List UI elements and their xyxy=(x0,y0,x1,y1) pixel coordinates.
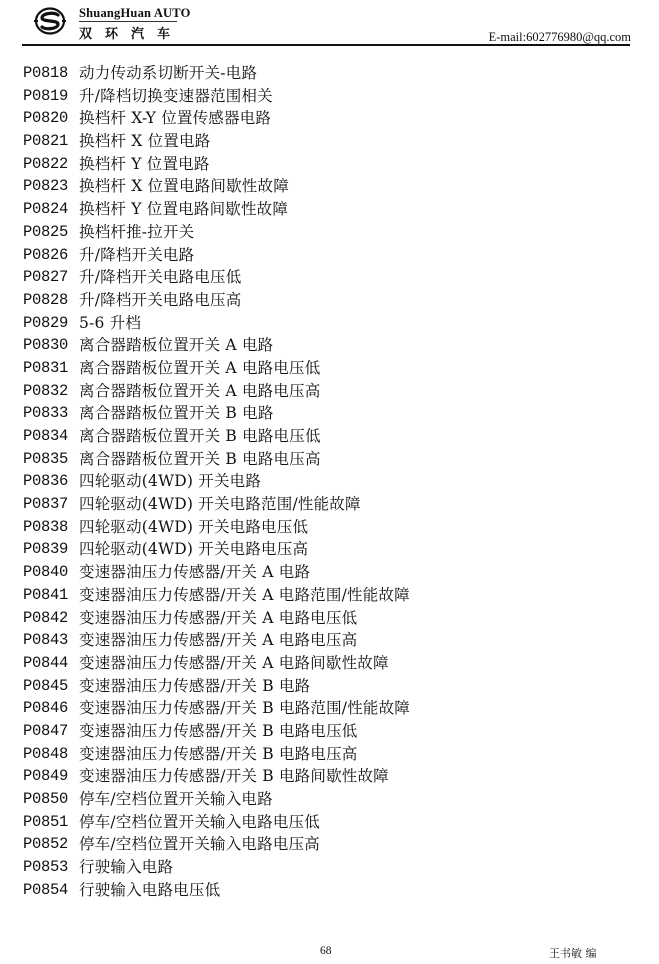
fault-description: 换档杆 X-Y 位置传感器电路 xyxy=(79,107,271,130)
fault-description: 换档杆 X 位置电路 xyxy=(79,130,210,153)
fault-code: P0854 xyxy=(23,879,79,902)
fault-description: 离合器踏板位置开关 A 电路电压低 xyxy=(79,357,320,380)
contact-email: E-mail:602776980@qq.com xyxy=(489,30,631,45)
fault-description: 行驶输入电路电压低 xyxy=(79,879,220,902)
fault-code-row: P0820换档杆 X-Y 位置传感器电路 xyxy=(23,107,643,130)
fault-description: 变速器油压力传感器/开关 A 电路电压高 xyxy=(79,629,357,652)
fault-code: P0822 xyxy=(23,153,79,176)
brand-divider xyxy=(79,21,177,22)
fault-code-row: P0847变速器油压力传感器/开关 B 电路电压低 xyxy=(23,720,643,743)
fault-code-row: P0828升/降档开关电路电压高 xyxy=(23,289,643,312)
fault-code: P0827 xyxy=(23,266,79,289)
fault-description: 换档杆 X 位置电路间歇性故障 xyxy=(79,175,289,198)
fault-code-row: P0837四轮驱动(4WD) 开关电路范围/性能故障 xyxy=(23,493,643,516)
fault-code: P0830 xyxy=(23,334,79,357)
fault-description: 四轮驱动(4WD) 开关电路电压高 xyxy=(79,538,308,561)
fault-code-row: P0839四轮驱动(4WD) 开关电路电压高 xyxy=(23,538,643,561)
fault-code: P0826 xyxy=(23,244,79,267)
fault-description: 升/降档开关电路电压低 xyxy=(79,266,241,289)
fault-code-row: P0831离合器踏板位置开关 A 电路电压低 xyxy=(23,357,643,380)
fault-description: 变速器油压力传感器/开关 A 电路间歇性故障 xyxy=(79,652,389,675)
fault-code-row: P0818动力传动系切断开关-电路 xyxy=(23,62,643,85)
fault-description: 变速器油压力传感器/开关 A 电路范围/性能故障 xyxy=(79,584,410,607)
fault-code: P0837 xyxy=(23,493,79,516)
fault-code-row: P0823换档杆 X 位置电路间歇性故障 xyxy=(23,175,643,198)
fault-code: P0832 xyxy=(23,380,79,403)
fault-code-row: P0834离合器踏板位置开关 B 电路电压低 xyxy=(23,425,643,448)
fault-code: P0850 xyxy=(23,788,79,811)
fault-code: P0824 xyxy=(23,198,79,221)
fault-code: P0834 xyxy=(23,425,79,448)
fault-code: P0847 xyxy=(23,720,79,743)
fault-description: 离合器踏板位置开关 A 电路 xyxy=(79,334,273,357)
fault-description: 行驶输入电路 xyxy=(79,856,173,879)
fault-code: P0835 xyxy=(23,448,79,471)
fault-description: 5-6 升档 xyxy=(79,312,141,335)
fault-description: 换档杆 Y 位置电路 xyxy=(79,153,210,176)
fault-code: P0843 xyxy=(23,629,79,652)
fault-description: 离合器踏板位置开关 B 电路 xyxy=(79,402,274,425)
header-divider xyxy=(22,44,630,46)
fault-code: P0840 xyxy=(23,561,79,584)
fault-code-row: P0819升/降档切换变速器范围相关 xyxy=(23,85,643,108)
fault-code-row: P0830离合器踏板位置开关 A 电路 xyxy=(23,334,643,357)
fault-code: P0828 xyxy=(23,289,79,312)
fault-code: P0842 xyxy=(23,607,79,630)
fault-description: 换档杆 Y 位置电路间歇性故障 xyxy=(79,198,288,221)
fault-code: P0836 xyxy=(23,470,79,493)
fault-code-row: P0836四轮驱动(4WD) 开关电路 xyxy=(23,470,643,493)
fault-code: P0853 xyxy=(23,856,79,879)
fault-code-row: P0848变速器油压力传感器/开关 B 电路电压高 xyxy=(23,743,643,766)
editor-credit: 王书敏 编 xyxy=(549,945,597,961)
fault-code: P0833 xyxy=(23,402,79,425)
fault-code-row: P0844变速器油压力传感器/开关 A 电路间歇性故障 xyxy=(23,652,643,675)
fault-description: 变速器油压力传感器/开关 B 电路范围/性能故障 xyxy=(79,697,410,720)
fault-code-row: P0845变速器油压力传感器/开关 B 电路 xyxy=(23,675,643,698)
fault-description: 停车/空档位置开关输入电路电压低 xyxy=(79,811,320,834)
fault-code-row: P0850停车/空档位置开关输入电路 xyxy=(23,788,643,811)
fault-code: P0838 xyxy=(23,516,79,539)
fault-code-row: P0825换档杆推-拉开关 xyxy=(23,221,643,244)
fault-code-row: P0835离合器踏板位置开关 B 电路电压高 xyxy=(23,448,643,471)
fault-description: 离合器踏板位置开关 A 电路电压高 xyxy=(79,380,320,403)
fault-code-row: P0822换档杆 Y 位置电路 xyxy=(23,153,643,176)
fault-description: 离合器踏板位置开关 B 电路电压高 xyxy=(79,448,321,471)
fault-code-row: P0827升/降档开关电路电压低 xyxy=(23,266,643,289)
fault-description: 离合器踏板位置开关 B 电路电压低 xyxy=(79,425,321,448)
fault-code: P0831 xyxy=(23,357,79,380)
fault-code-row: P0842变速器油压力传感器/开关 A 电路电压低 xyxy=(23,607,643,630)
fault-code: P0825 xyxy=(23,221,79,244)
fault-code-list: P0818动力传动系切断开关-电路 P0819升/降档切换变速器范围相关 P08… xyxy=(23,62,643,901)
fault-code-row: P0849变速器油压力传感器/开关 B 电路间歇性故障 xyxy=(23,765,643,788)
fault-description: 四轮驱动(4WD) 开关电路 xyxy=(79,470,261,493)
fault-description: 升/降档开关电路 xyxy=(79,244,194,267)
fault-code: P0821 xyxy=(23,130,79,153)
fault-code: P0848 xyxy=(23,743,79,766)
fault-code: P0823 xyxy=(23,175,79,198)
fault-code: P0839 xyxy=(23,538,79,561)
fault-description: 停车/空档位置开关输入电路 xyxy=(79,788,273,811)
fault-code-row: P0832离合器踏板位置开关 A 电路电压高 xyxy=(23,380,643,403)
fault-code-row: P0843变速器油压力传感器/开关 A 电路电压高 xyxy=(23,629,643,652)
fault-code: P0851 xyxy=(23,811,79,834)
fault-code: P0845 xyxy=(23,675,79,698)
fault-description: 升/降档切换变速器范围相关 xyxy=(79,85,273,108)
fault-code-row: P0846变速器油压力传感器/开关 B 电路范围/性能故障 xyxy=(23,697,643,720)
page-header: ShuangHuan AUTO 双环汽车 E-mail:602776980@qq… xyxy=(0,0,659,46)
fault-code-row: P08295-6 升档 xyxy=(23,312,643,335)
fault-description: 变速器油压力传感器/开关 B 电路 xyxy=(79,675,310,698)
fault-code-row: P0826升/降档开关电路 xyxy=(23,244,643,267)
fault-code-row: P0833离合器踏板位置开关 B 电路 xyxy=(23,402,643,425)
fault-description: 变速器油压力传感器/开关 A 电路 xyxy=(79,561,310,584)
fault-code: P0820 xyxy=(23,107,79,130)
fault-code-row: P0852停车/空档位置开关输入电路电压高 xyxy=(23,833,643,856)
fault-code: P0849 xyxy=(23,765,79,788)
fault-description: 变速器油压力传感器/开关 B 电路电压高 xyxy=(79,743,357,766)
fault-code-row: P0821换档杆 X 位置电路 xyxy=(23,130,643,153)
fault-code-row: P0840变速器油压力传感器/开关 A 电路 xyxy=(23,561,643,584)
fault-code: P0844 xyxy=(23,652,79,675)
fault-code-row: P0841变速器油压力传感器/开关 A 电路范围/性能故障 xyxy=(23,584,643,607)
shuanghuan-logo-icon xyxy=(33,6,67,36)
fault-code: P0829 xyxy=(23,312,79,335)
fault-description: 换档杆推-拉开关 xyxy=(79,221,194,244)
fault-code-row: P0824换档杆 Y 位置电路间歇性故障 xyxy=(23,198,643,221)
fault-code: P0819 xyxy=(23,85,79,108)
fault-code: P0841 xyxy=(23,584,79,607)
fault-description: 变速器油压力传感器/开关 B 电路电压低 xyxy=(79,720,357,743)
fault-code-row: P0853行驶输入电路 xyxy=(23,856,643,879)
fault-description: 变速器油压力传感器/开关 A 电路电压低 xyxy=(79,607,357,630)
fault-description: 升/降档开关电路电压高 xyxy=(79,289,241,312)
fault-description: 四轮驱动(4WD) 开关电路电压低 xyxy=(79,516,308,539)
fault-code: P0846 xyxy=(23,697,79,720)
brand-name-chinese: 双环汽车 xyxy=(79,23,183,42)
fault-description: 变速器油压力传感器/开关 B 电路间歇性故障 xyxy=(79,765,389,788)
fault-code-row: P0851停车/空档位置开关输入电路电压低 xyxy=(23,811,643,834)
page-number: 68 xyxy=(320,945,332,957)
fault-description: 动力传动系切断开关-电路 xyxy=(79,62,257,85)
fault-code: P0818 xyxy=(23,62,79,85)
fault-code-row: P0838四轮驱动(4WD) 开关电路电压低 xyxy=(23,516,643,539)
fault-description: 四轮驱动(4WD) 开关电路范围/性能故障 xyxy=(79,493,361,516)
fault-code-row: P0854行驶输入电路电压低 xyxy=(23,879,643,902)
fault-description: 停车/空档位置开关输入电路电压高 xyxy=(79,833,320,856)
brand-name-english: ShuangHuan AUTO xyxy=(79,6,191,21)
fault-code: P0852 xyxy=(23,833,79,856)
